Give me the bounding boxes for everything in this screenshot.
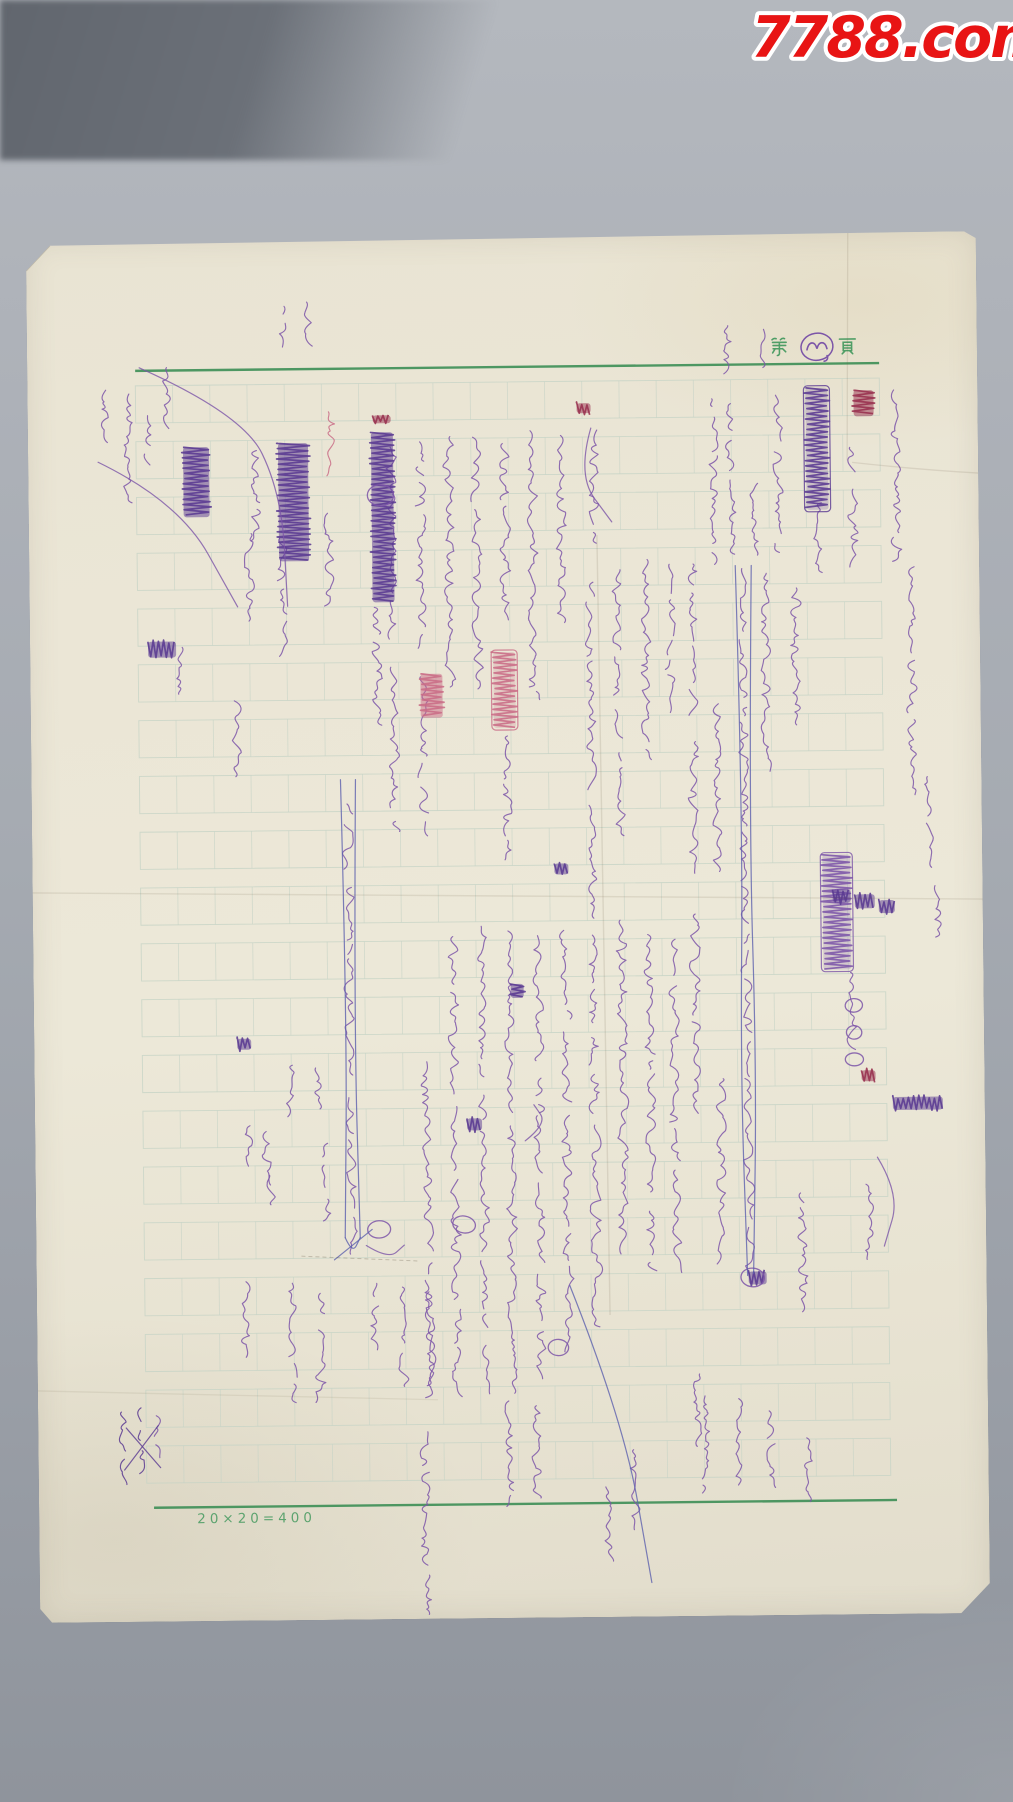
handwriting-column	[241, 1282, 251, 1358]
handwriting-column	[372, 607, 383, 725]
ink-connector-line	[525, 1105, 542, 1141]
handwriting-column	[715, 1079, 727, 1264]
handwriting-column	[346, 1098, 357, 1254]
ink-connector-line	[877, 1157, 894, 1246]
handwriting-column	[790, 588, 802, 725]
handwriting-column	[450, 1107, 463, 1397]
handwriting-column	[750, 483, 758, 555]
paper-creases	[26, 231, 988, 1404]
handwriting-column	[865, 1184, 874, 1259]
scribble-redaction	[879, 899, 895, 914]
handwriting-column	[560, 930, 573, 1102]
handwriting-column	[370, 1283, 379, 1349]
handwriting-column	[533, 936, 545, 1113]
scribble-redaction	[510, 984, 525, 998]
handwriting-column	[154, 1416, 161, 1458]
scribble-redaction	[577, 402, 591, 415]
photo-stage: 7788.com 第 3 页 20×20=400	[0, 0, 1013, 1802]
handwriting-column	[279, 306, 286, 347]
vertical-crease	[597, 535, 610, 1315]
scribble-redaction	[276, 443, 311, 561]
header-label-after: 页	[764, 334, 766, 336]
handwriting-column	[415, 442, 427, 648]
handwriting-column	[772, 395, 783, 552]
scribble-redaction	[855, 893, 875, 909]
corner-fold-crease	[26, 246, 50, 271]
handwriting-column	[447, 937, 459, 1094]
scribble-redaction	[491, 650, 518, 730]
handwriting-column	[398, 1287, 409, 1386]
scribble-redaction	[148, 640, 176, 658]
grid-layer	[135, 378, 890, 1483]
handwriting-column	[605, 1487, 614, 1561]
ink-connector-line	[334, 1229, 372, 1259]
ink-connector-line	[139, 366, 288, 608]
grid-formula: 20×20=400	[197, 1510, 316, 1527]
handwriting-column	[527, 431, 540, 700]
scribble-redaction	[833, 889, 851, 904]
handwriting-column	[245, 1126, 252, 1166]
handwriting-column	[847, 447, 858, 567]
handwriting-column	[304, 302, 312, 346]
handwriting-column	[138, 1408, 145, 1474]
handwriting-column	[477, 926, 488, 1119]
scribble-redaction	[419, 674, 444, 718]
handwriting-column	[101, 390, 108, 442]
handwriting-column	[702, 1396, 711, 1493]
ink-circle	[451, 1214, 477, 1235]
handwriting-column	[479, 1131, 491, 1394]
handwriting-column	[890, 390, 902, 561]
handwriting-column	[250, 451, 260, 541]
scribble-redaction	[237, 1037, 251, 1051]
handwriting-column	[616, 920, 631, 1254]
ink-connector-line	[340, 780, 347, 1238]
handwriting-column	[925, 777, 934, 874]
handwriting-column	[712, 704, 722, 872]
scribble-redaction	[554, 863, 568, 875]
paper-art	[26, 231, 990, 1619]
handwriting-column	[315, 1293, 326, 1402]
scribble-redaction	[182, 447, 212, 517]
handwriting-column	[804, 1438, 812, 1502]
handwriting-column	[532, 1406, 542, 1498]
handwriting-column	[813, 503, 822, 573]
handwriting-column	[725, 404, 736, 555]
scribble-redaction	[369, 432, 397, 602]
scribble-redaction	[820, 852, 853, 971]
handwriting-column	[267, 1175, 275, 1204]
handwriting-column	[798, 1193, 809, 1312]
ink-connector-line	[353, 780, 360, 1238]
handwriting-column	[499, 443, 511, 620]
handwriting-column	[708, 399, 719, 565]
ink-circle	[845, 998, 863, 1013]
handwriting-column	[723, 326, 731, 374]
ink-connector-line	[366, 1245, 404, 1255]
handwriting-column	[934, 886, 941, 937]
handwriting-column	[443, 437, 456, 687]
handwriting-column	[315, 1068, 322, 1109]
handwriting-column	[585, 582, 598, 918]
handwriting-column	[644, 934, 658, 1270]
handwriting-column	[664, 564, 676, 712]
scribble-redaction	[803, 386, 830, 512]
handwriting-column	[420, 1432, 432, 1619]
ink-circle	[367, 1220, 391, 1238]
handwriting-column	[324, 513, 334, 606]
handwriting-column	[668, 939, 682, 1280]
ink-circle	[845, 1053, 863, 1066]
handwriting-column	[426, 1292, 435, 1386]
handwriting-column	[846, 972, 856, 1060]
handwriting-column	[123, 394, 133, 503]
margin-line-top	[135, 363, 879, 371]
watermark-7788: 7788.com	[748, 2, 1013, 78]
handwriting-column	[562, 1115, 575, 1351]
scribble-redaction	[373, 415, 391, 424]
scribble-redaction	[852, 390, 875, 416]
handwriting-column	[119, 1412, 127, 1485]
scribble-redaction	[893, 1095, 943, 1112]
handwriting-column	[232, 701, 242, 777]
ink-circle	[846, 1025, 862, 1040]
ink-connector-line	[584, 428, 611, 522]
scribble-redaction	[467, 1117, 482, 1132]
scribble-redaction	[862, 1068, 876, 1082]
handwriting-column	[534, 1116, 547, 1389]
handwriting-column	[176, 647, 183, 694]
handwriting-column	[505, 1401, 514, 1506]
margin-line-bottom	[154, 1500, 897, 1508]
handwriting-column	[905, 567, 918, 795]
watermark-text: 7788.com	[751, 5, 1013, 71]
handwriting-column	[503, 736, 513, 860]
handwriting-column	[587, 935, 599, 1118]
manuscript-paper: 第 3 页 20×20=400	[26, 231, 990, 1623]
handwriting-column	[388, 667, 400, 831]
handwriting-column	[766, 1411, 775, 1488]
handwriting-column	[163, 368, 171, 429]
handwriting-column	[555, 435, 567, 622]
ink-connector-line	[735, 566, 747, 1276]
handwriting-column	[288, 1283, 297, 1402]
